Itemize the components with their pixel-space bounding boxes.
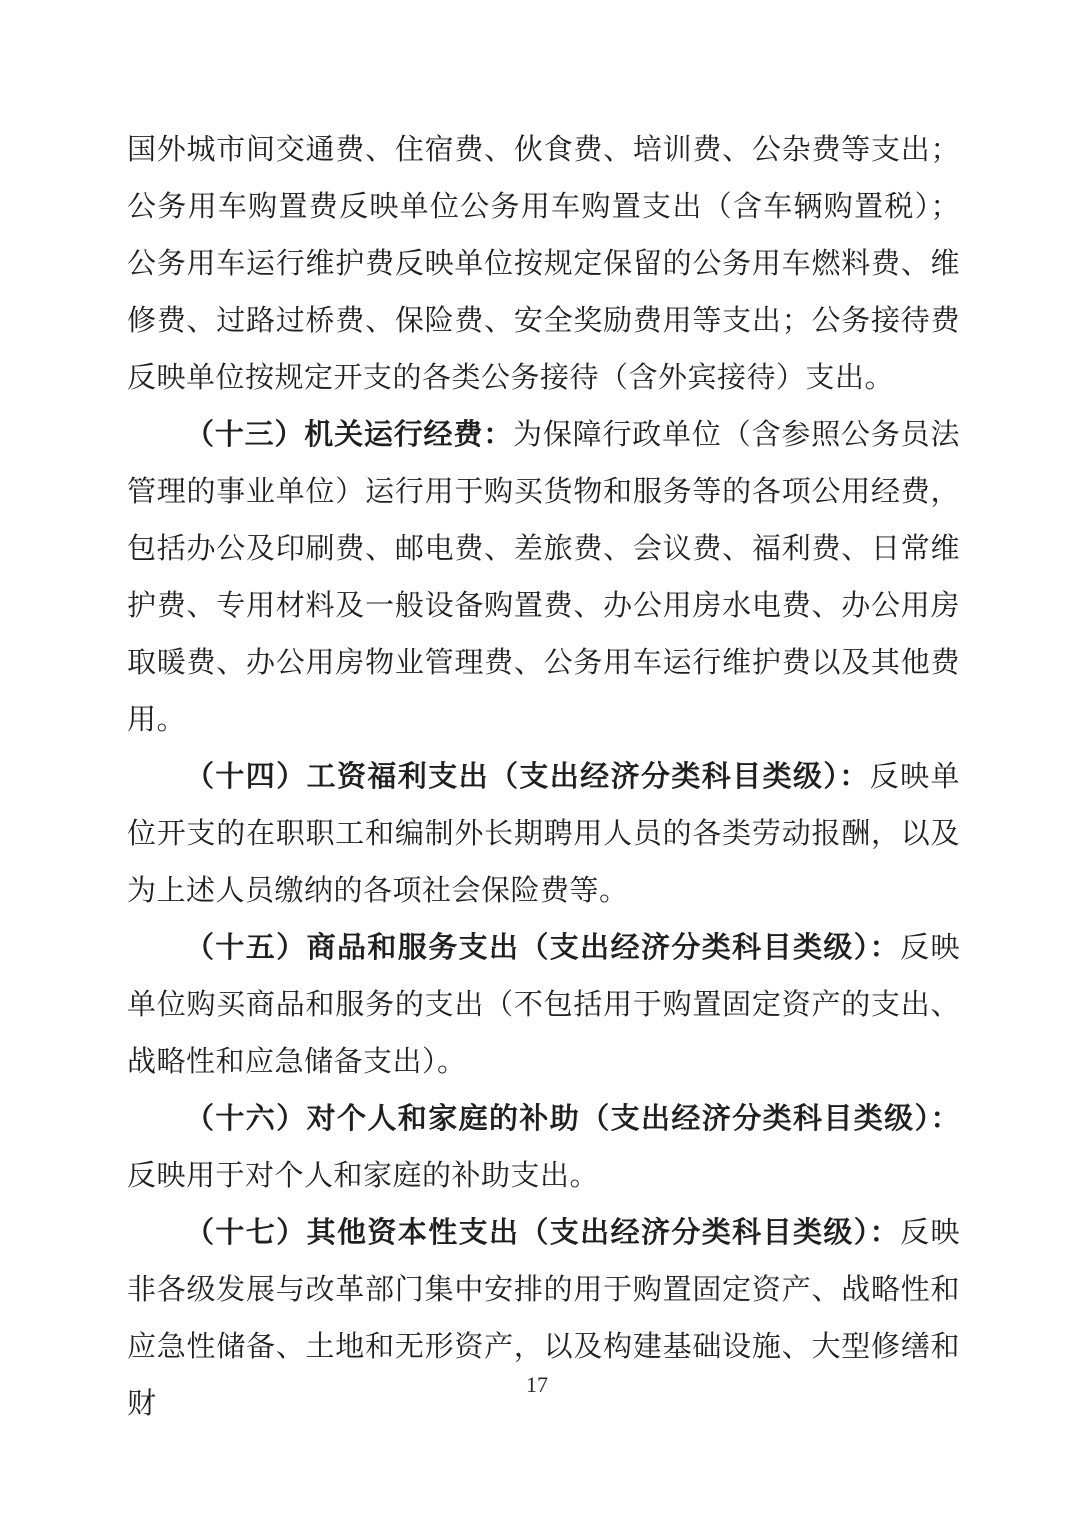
paragraph: （十六）对个人和家庭的补助（支出经济分类科目类级）：反映用于对个人和家庭的补助支… [127, 1091, 960, 1205]
paragraph-text: 国外城市间交通费、住宿费、伙食费、培训费、公杂费等支出；公务用车购置费反映单位公… [127, 134, 960, 394]
paragraph: 国外城市间交通费、住宿费、伙食费、培训费、公杂费等支出；公务用车购置费反映单位公… [127, 122, 960, 407]
paragraph-heading: （十五）商品和服务支出（支出经济分类科目类级）： [185, 932, 900, 964]
paragraph-text: 反映用于对个人和家庭的补助支出。 [127, 1160, 599, 1192]
paragraph: （十三）机关运行经费：为保障行政单位（含参照公务员法管理的事业单位）运行用于购买… [127, 407, 960, 749]
document-page: 国外城市间交通费、住宿费、伙食费、培训费、公杂费等支出；公务用车购置费反映单位公… [0, 0, 1074, 1520]
document-body: 国外城市间交通费、住宿费、伙食费、培训费、公杂费等支出；公务用车购置费反映单位公… [127, 122, 960, 1433]
paragraph: （十五）商品和服务支出（支出经济分类科目类级）：反映单位购买商品和服务的支出（不… [127, 920, 960, 1091]
paragraph: （十四）工资福利支出（支出经济分类科目类级）：反映单位开支的在职职工和编制外长期… [127, 749, 960, 920]
paragraph-heading: （十七）其他资本性支出（支出经济分类科目类级）： [185, 1217, 900, 1249]
paragraph-heading: （十三）机关运行经费： [185, 419, 513, 451]
paragraph-text: 为保障行政单位（含参照公务员法管理的事业单位）运行用于购买货物和服务等的各项公用… [127, 419, 960, 736]
paragraph: （十七）其他资本性支出（支出经济分类科目类级）：反映非各级发展与改革部门集中安排… [127, 1205, 960, 1433]
paragraph-heading: （十六）对个人和家庭的补助（支出经济分类科目类级）： [185, 1103, 960, 1135]
paragraph-heading: （十四）工资福利支出（支出经济分类科目类级）： [185, 761, 870, 793]
page-number: 17 [0, 1372, 1074, 1398]
